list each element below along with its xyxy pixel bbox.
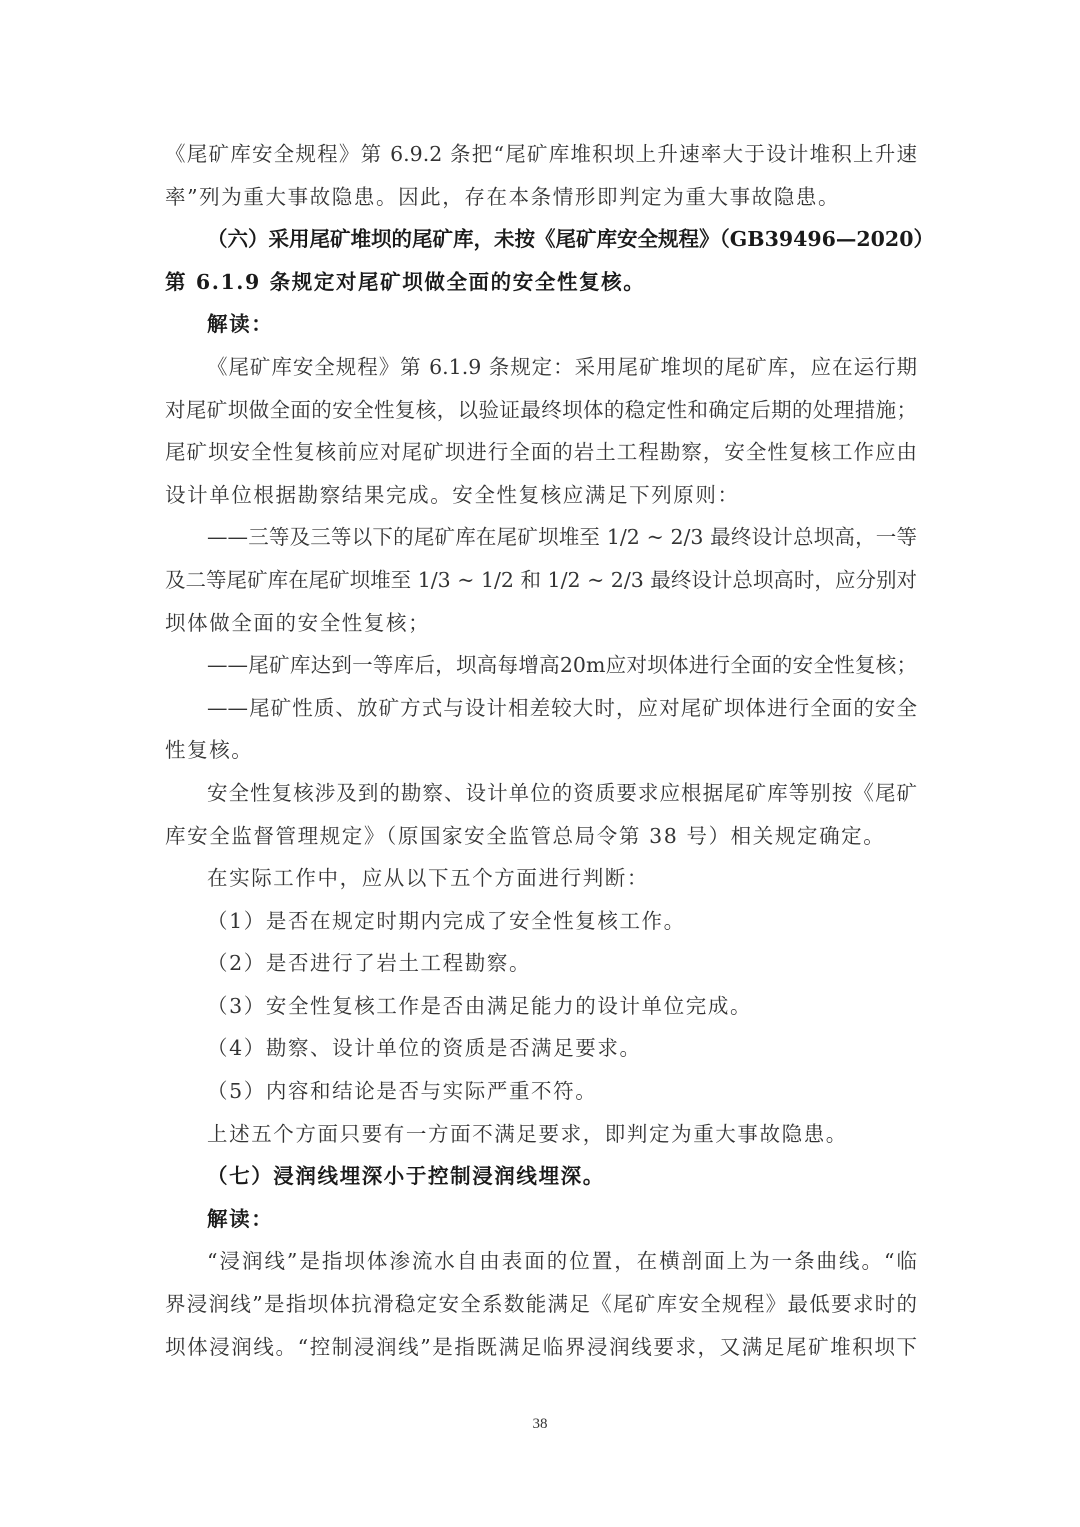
paragraph-line: 《尾矿库安全规程》第 6.9.2 条把“尾矿库堆积坝上升速率大于设计堆积上升速 — [165, 133, 917, 176]
checklist-item-2: （2）是否进行了岩土工程勘察。 — [165, 942, 917, 985]
paragraph-line: 坝体浸润线。“控制浸润线”是指既满足临界浸润线要求，又满足尾矿堆积坝下 — [165, 1326, 917, 1369]
paragraph-line: 设计单位根据勘察结果完成。安全性复核应满足下列原则： — [165, 474, 917, 517]
paragraph-line: 《尾矿库安全规程》第 6.1.9 条规定：采用尾矿堆坝的尾矿库，应在运行期 — [165, 346, 917, 389]
section-heading-6: （六）采用尾矿堆坝的尾矿库，未按《尾矿库安全规程》（GB39496—2020） — [165, 218, 917, 261]
paragraph-line: 对尾矿坝做全面的安全性复核，以验证最终坝体的稳定性和确定后期的处理措施； — [165, 389, 917, 432]
section-heading-6-cont: 第 6.1.9 条规定对尾矿坝做全面的安全性复核。 — [165, 261, 917, 304]
paragraph-line: 率”列为重大事故隐患。因此，存在本条情形即判定为重大事故隐患。 — [165, 176, 917, 219]
paragraph-line: 安全性复核涉及到的勘察、设计单位的资质要求应根据尾矿库等别按《尾矿 — [165, 772, 917, 815]
page-number: 38 — [0, 1416, 1080, 1433]
rule-item: ——尾矿库达到一等库后，坝高每增高20m应对坝体进行全面的安全性复核； — [165, 644, 917, 687]
checklist-item-3: （3）安全性复核工作是否由满足能力的设计单位完成。 — [165, 985, 917, 1028]
checklist-item-4: （4）勘察、设计单位的资质是否满足要求。 — [165, 1027, 917, 1070]
body-text: 《尾矿库安全规程》第 6.9.2 条把“尾矿库堆积坝上升速率大于设计堆积上升速 … — [165, 133, 917, 1368]
paragraph-line: 在实际工作中，应从以下五个方面进行判断： — [165, 857, 917, 900]
paragraph-line: 界浸润线”是指坝体抗滑稳定安全系数能满足《尾矿库安全规程》最低要求时的 — [165, 1283, 917, 1326]
section-heading-7: （七）浸润线埋深小于控制浸润线埋深。 — [165, 1155, 917, 1198]
paragraph-line: “浸润线”是指坝体渗流水自由表面的位置，在横剖面上为一条曲线。“临 — [165, 1240, 917, 1283]
checklist-item-5: （5）内容和结论是否与实际严重不符。 — [165, 1070, 917, 1113]
interpretation-label: 解读： — [165, 1198, 917, 1241]
interpretation-label: 解读： — [165, 303, 917, 346]
rule-item-cont: 及二等尾矿库在尾矿坝堆至 1/3 ~ 1/2 和 1/2 ~ 2/3 最终设计总… — [165, 559, 917, 602]
paragraph-line: 库安全监督管理规定》（原国家安全监管总局令第 38 号）相关规定确定。 — [165, 815, 917, 858]
rule-item-cont: 坝体做全面的安全性复核； — [165, 602, 917, 645]
checklist-item-1: （1）是否在规定时期内完成了安全性复核工作。 — [165, 900, 917, 943]
document-page: 《尾矿库安全规程》第 6.9.2 条把“尾矿库堆积坝上升速率大于设计堆积上升速 … — [0, 0, 1080, 1527]
paragraph-line: 尾矿坝安全性复核前应对尾矿坝进行全面的岩土工程勘察，安全性复核工作应由 — [165, 431, 917, 474]
rule-item: ——尾矿性质、放矿方式与设计相差较大时，应对尾矿坝体进行全面的安全 — [165, 687, 917, 730]
conclusion-line: 上述五个方面只要有一方面不满足要求，即判定为重大事故隐患。 — [165, 1113, 917, 1156]
rule-item-cont: 性复核。 — [165, 729, 917, 772]
rule-item: ——三等及三等以下的尾矿库在尾矿坝堆至 1/2 ~ 2/3 最终设计总坝高，一等 — [165, 516, 917, 559]
